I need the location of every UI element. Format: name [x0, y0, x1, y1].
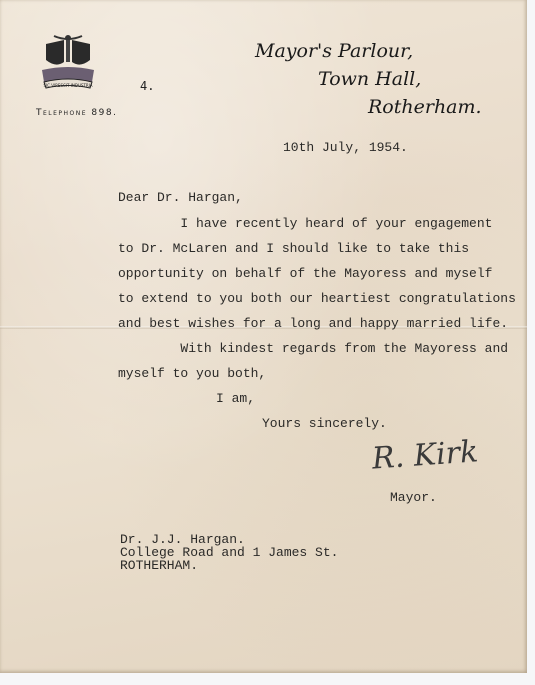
signature: R. Kirk [371, 434, 479, 476]
letter-date: 10th July, 1954. [283, 140, 408, 155]
letter-paper: SIC VIRESCIT INDUSTRIA Telephone 898. 4.… [0, 0, 527, 673]
body-line: myself to you both, [118, 366, 266, 381]
address-line-1: Mayor's Parlour, [255, 40, 413, 62]
recipient-line: ROTHERHAM. [120, 559, 198, 572]
svg-text:SIC VIRESCIT INDUSTRIA: SIC VIRESCIT INDUSTRIA [43, 83, 92, 88]
body-line: to extend to you both our heartiest cong… [118, 291, 516, 306]
address-line-2: Town Hall, [318, 68, 421, 90]
salutation: Dear Dr. Hargan, [118, 190, 243, 205]
closing-yours: Yours sincerely. [262, 416, 387, 431]
coat-of-arms-icon: SIC VIRESCIT INDUSTRIA [38, 30, 98, 95]
signatory-title: Mayor. [390, 490, 437, 505]
body-line: and best wishes for a long and happy mar… [118, 316, 508, 331]
telephone-number: Telephone 898. [36, 108, 117, 118]
closing-i-am: I am, [216, 391, 255, 406]
body-line: I have recently heard of your engagement [118, 216, 492, 231]
body-line: opportunity on behalf of the Mayoress an… [118, 266, 492, 281]
body-line: With kindest regards from the Mayoress a… [118, 341, 508, 356]
address-line-3: Rotherham. [368, 96, 482, 118]
page-number: 4. [140, 79, 154, 93]
body-line: to Dr. McLaren and I should like to take… [118, 241, 469, 256]
